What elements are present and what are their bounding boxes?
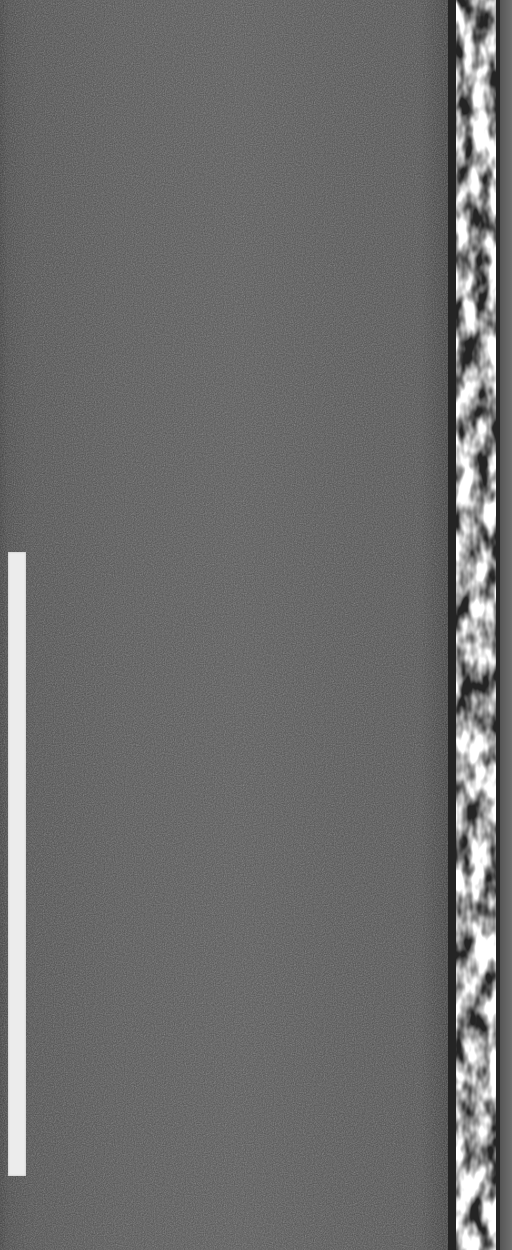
worn-edge-marking: [456, 0, 496, 1250]
road-photo: Top-down grayscale photo of asphalt road…: [0, 0, 512, 1250]
road-edge: [500, 0, 512, 1250]
left-lane-marking: [8, 552, 26, 1176]
asphalt-texture: [0, 0, 512, 1250]
